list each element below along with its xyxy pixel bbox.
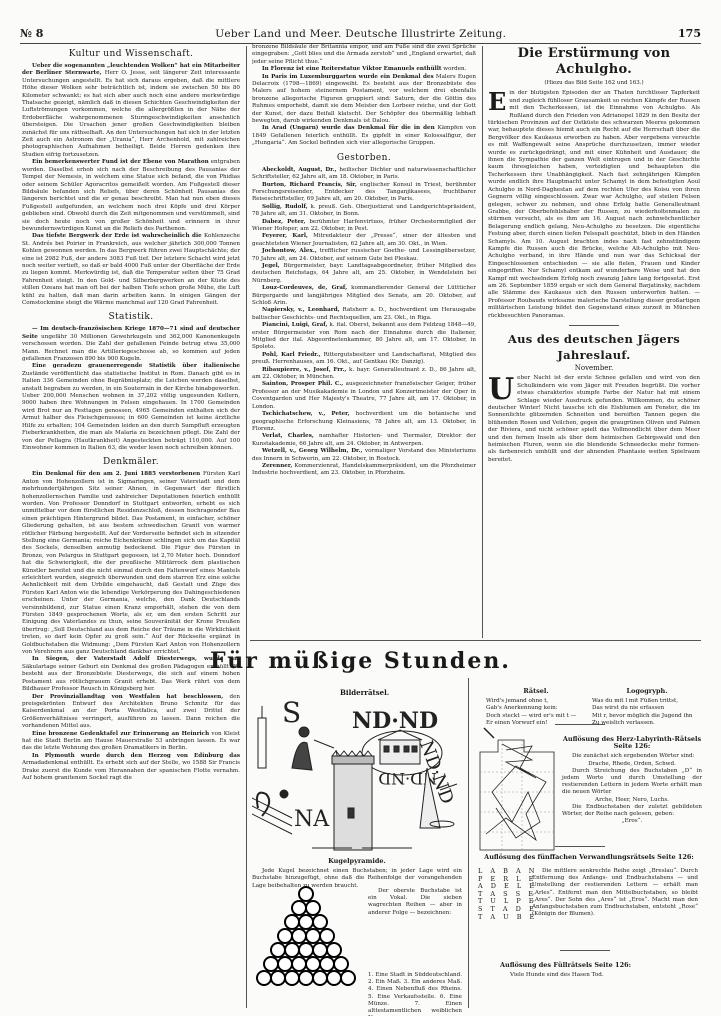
- obituary-entry: Piancini, Luigi, Graf, k. ital. Oberst, …: [252, 322, 476, 352]
- poem-line: Mit r, bevor möglich die Jugend ihn: [592, 713, 702, 720]
- publication-title: Ueber Land und Meer. Deutsche Illustrirt…: [215, 28, 506, 40]
- obituary-entry: Jochontow, Alex., trefflicher russischer…: [252, 248, 476, 263]
- column-right: Die Erstürmung von Achulgho. (Hiezu das …: [488, 44, 700, 636]
- kugelpyramide-title: Kugelpyramide.: [252, 858, 462, 865]
- raetsel-title: Rätsel.: [486, 688, 586, 695]
- letter-grid: L A B A N P E R L E A D E L E T A S S E …: [478, 868, 537, 921]
- logogryph: Logogryph. Was du mit l mit Füßen tritts…: [592, 688, 702, 727]
- article-body: Ueber Nacht ist der erste Schnee gefalle…: [488, 375, 700, 464]
- poem-line: Zu weislich verlassen.: [592, 720, 702, 727]
- svg-text:ND·ND: ND·ND: [352, 708, 438, 734]
- obituary-entry: Tschichatschew, v., Peter, hochverdient …: [252, 411, 476, 433]
- solution-text: Die mittlere senkrechte Reihe zeigt „Bre…: [532, 868, 698, 918]
- solution-result: „Eros“.: [562, 818, 702, 825]
- article-paragraph: Eine bronzene Gedenktafel zur Erinnerung…: [22, 731, 240, 753]
- article-paragraph: In Florenz ist eine Reiterstatue Viktor …: [252, 66, 476, 73]
- obituary-entry: Louz-Cordeuves, de, Graf, kommandierende…: [252, 285, 476, 307]
- running-header: № 8 Ueber Land und Meer. Deutsche Illust…: [20, 18, 701, 44]
- obituary-entry: Napiersky, v., Leonhard, Ratsherr a. D.,…: [252, 307, 476, 322]
- article-paragraph: Das tiefste Bergwerk der Erde ist wahrsc…: [22, 233, 240, 307]
- obituary-entry: Jegel, Bürgermeister, bayr. Landtagsabge…: [252, 263, 476, 285]
- solution-words: Arche, Heer, Nero, Luchs.: [562, 797, 702, 804]
- poem-line: Wird's jemand ohne t,: [486, 698, 586, 705]
- svg-text:S: S: [282, 698, 301, 729]
- svg-text:NA: NA: [294, 807, 330, 832]
- solution-words: Drache, Rhede, Orden, Schwd.: [562, 761, 702, 768]
- obituary-entry: Abeckoldt, August, Dr., heilischer Dicht…: [252, 167, 476, 182]
- solution-verwandlung: Auflösung des fünffachen Verwandlungsrät…: [476, 854, 702, 864]
- short-divider: [569, 325, 619, 326]
- issue-number: № 8: [20, 27, 43, 40]
- poem-line: Was du mit l mit Füßen trittst,: [592, 698, 702, 705]
- obituary-entry: Ribaupierre, v., Josef, Frr., k. bayr. G…: [252, 367, 476, 382]
- section-title-kultur: Kultur und Wissenschaft.: [22, 48, 240, 60]
- column-middle: bronzene Bildsäule der Britannia empor, …: [252, 44, 476, 636]
- logogryph-title: Logogryph.: [592, 688, 702, 695]
- article-paragraph: Ein Denkmal für den am 2. Juni 1885 vers…: [22, 471, 240, 656]
- section-title-gestorben: Gestorben.: [252, 152, 476, 164]
- article-subtitle: November.: [488, 365, 700, 372]
- obituary-entry: Feyerer, Karl, Mitredakteur der „Presse“…: [252, 233, 476, 248]
- section-title-muessige-stunden: Für müßige Stunden.: [22, 648, 699, 674]
- letter-row: T A U B E: [478, 914, 537, 922]
- obituary-entry: Pohl, Karl Friedr., Rittergutsbesitzer u…: [252, 352, 476, 367]
- article-paragraph: In Paris im Luxemburggarten wurde ein De…: [252, 74, 476, 126]
- article-title-achulgho: Die Erstürmung von Achulgho.: [488, 46, 700, 78]
- section-title-statistik: Statistik.: [22, 311, 240, 323]
- article-paragraph: Ein bemerkenswerter Fund ist der Ebene v…: [22, 159, 240, 233]
- obituary-entry: Sainton, Prosper Phil. C., ausgezeichnet…: [252, 381, 476, 411]
- solution-title: Auflösung des fünffachen Verwandlungsrät…: [476, 854, 702, 861]
- obituary-entry: Zerenner, Kommerzienrat, Handelskammerpr…: [252, 463, 476, 478]
- obituary-entry: Sollig, Rudolf, k. preuß. Geh. Oberjusti…: [252, 204, 476, 219]
- obituary-entry: Burton, Richard Francis, Sir, englischer…: [252, 182, 476, 204]
- poem-line: Das wirst du nie erfassen: [592, 705, 702, 712]
- puzzle-text: 1. Eine Stadt in Süddeutschland. 2. Ein …: [252, 972, 462, 1016]
- kugelpyramide-clues: Der oberste Buchstabe ist ein Vokal. Die…: [368, 888, 462, 917]
- solution-text: Durch Streichung des Buchstaben „D“ in j…: [562, 768, 702, 797]
- bilderraetsel-title: Bilderrätsel.: [340, 688, 389, 697]
- solution-text: Viele Hunde sind des Hasen Tod.: [500, 972, 700, 979]
- obituary-entry: Wetzell, v., Georg Wilhelm, Dr., vormali…: [252, 448, 476, 463]
- short-divider: [560, 950, 610, 951]
- drop-cap: E: [488, 91, 506, 113]
- column-rule: [246, 46, 247, 1008]
- article-subtitle: (Hiezu das Bild Seite 162 und 163.): [488, 80, 700, 87]
- article-paragraph: Ueber die sogenannten „leuchtenden Wolke…: [22, 63, 240, 159]
- page-number: 175: [678, 27, 701, 40]
- section-divider: [250, 640, 701, 641]
- poem-line: Gab's Anerkennung kein:: [486, 705, 586, 712]
- obituary-entry: Verlat, Charles, namhafter Historien- un…: [252, 433, 476, 448]
- solution-title: Auflösung des Herz-Labyrinth-Rätsels Sei…: [562, 736, 702, 750]
- solution-fuellraetsel: Auflösung des Füllrätsels Seite 126: Vie…: [500, 962, 700, 979]
- puzzle-text: Der oberste Buchstabe ist ein Vokal. Die…: [368, 888, 462, 917]
- column-rule: [482, 46, 483, 638]
- article-title-jaeger: Aus des deutschen Jägers Jahreslauf.: [488, 331, 700, 363]
- short-divider: [555, 846, 605, 847]
- article-paragraph: Eine geradezu grauenerregende Statistik …: [22, 363, 240, 452]
- short-divider: [555, 724, 605, 725]
- rebus-illustration: S ND·ND ND·ND ND·ND NA: [252, 698, 482, 858]
- solution-text: Die Endbuchstaben der zuletzt gebildeten…: [562, 804, 702, 818]
- article-paragraph: Der Provinziallandtag von Westfalen hat …: [22, 694, 240, 731]
- article-paragraph: In Arad (Ungarn) wurde das Denkmal für d…: [252, 125, 476, 147]
- section-title-denkmaeler: Denkmäler.: [22, 456, 240, 468]
- solution-text: Die zunächst sich ergebenden Wörter sind…: [562, 753, 702, 760]
- labyrinth-diagram: [476, 722, 556, 852]
- article-paragraph: bronzene Bildsäule der Britannia empor, …: [252, 44, 476, 66]
- solution-title: Auflösung des Füllrätsels Seite 126:: [500, 962, 700, 969]
- kugelpyramide-clue-list: 1. Eine Stadt in Süddeutschland. 2. Ein …: [252, 972, 462, 1016]
- drop-cap: U: [488, 376, 514, 404]
- obituary-entry: Dabez, Peter, berühmter Harfenvirtuos, f…: [252, 219, 476, 234]
- solution-verwandlung-text: Die mittlere senkrechte Reihe zeigt „Bre…: [532, 868, 698, 918]
- article-paragraph: In Plymouth wurde durch den Herzog von E…: [22, 753, 240, 783]
- article-body: Ein der blutigsten Episoden der an Thate…: [488, 90, 700, 320]
- solution-herz-labyrinth: Auflösung des Herz-Labyrinth-Rätsels Sei…: [562, 736, 702, 825]
- article-paragraph: — Im deutsch-französischen Kriege 1870—7…: [22, 326, 240, 363]
- column-left: Kultur und Wissenschaft. Ueber die sogen…: [22, 44, 240, 1004]
- poem-line: Doch steckt — wird er's mit t —: [486, 713, 586, 720]
